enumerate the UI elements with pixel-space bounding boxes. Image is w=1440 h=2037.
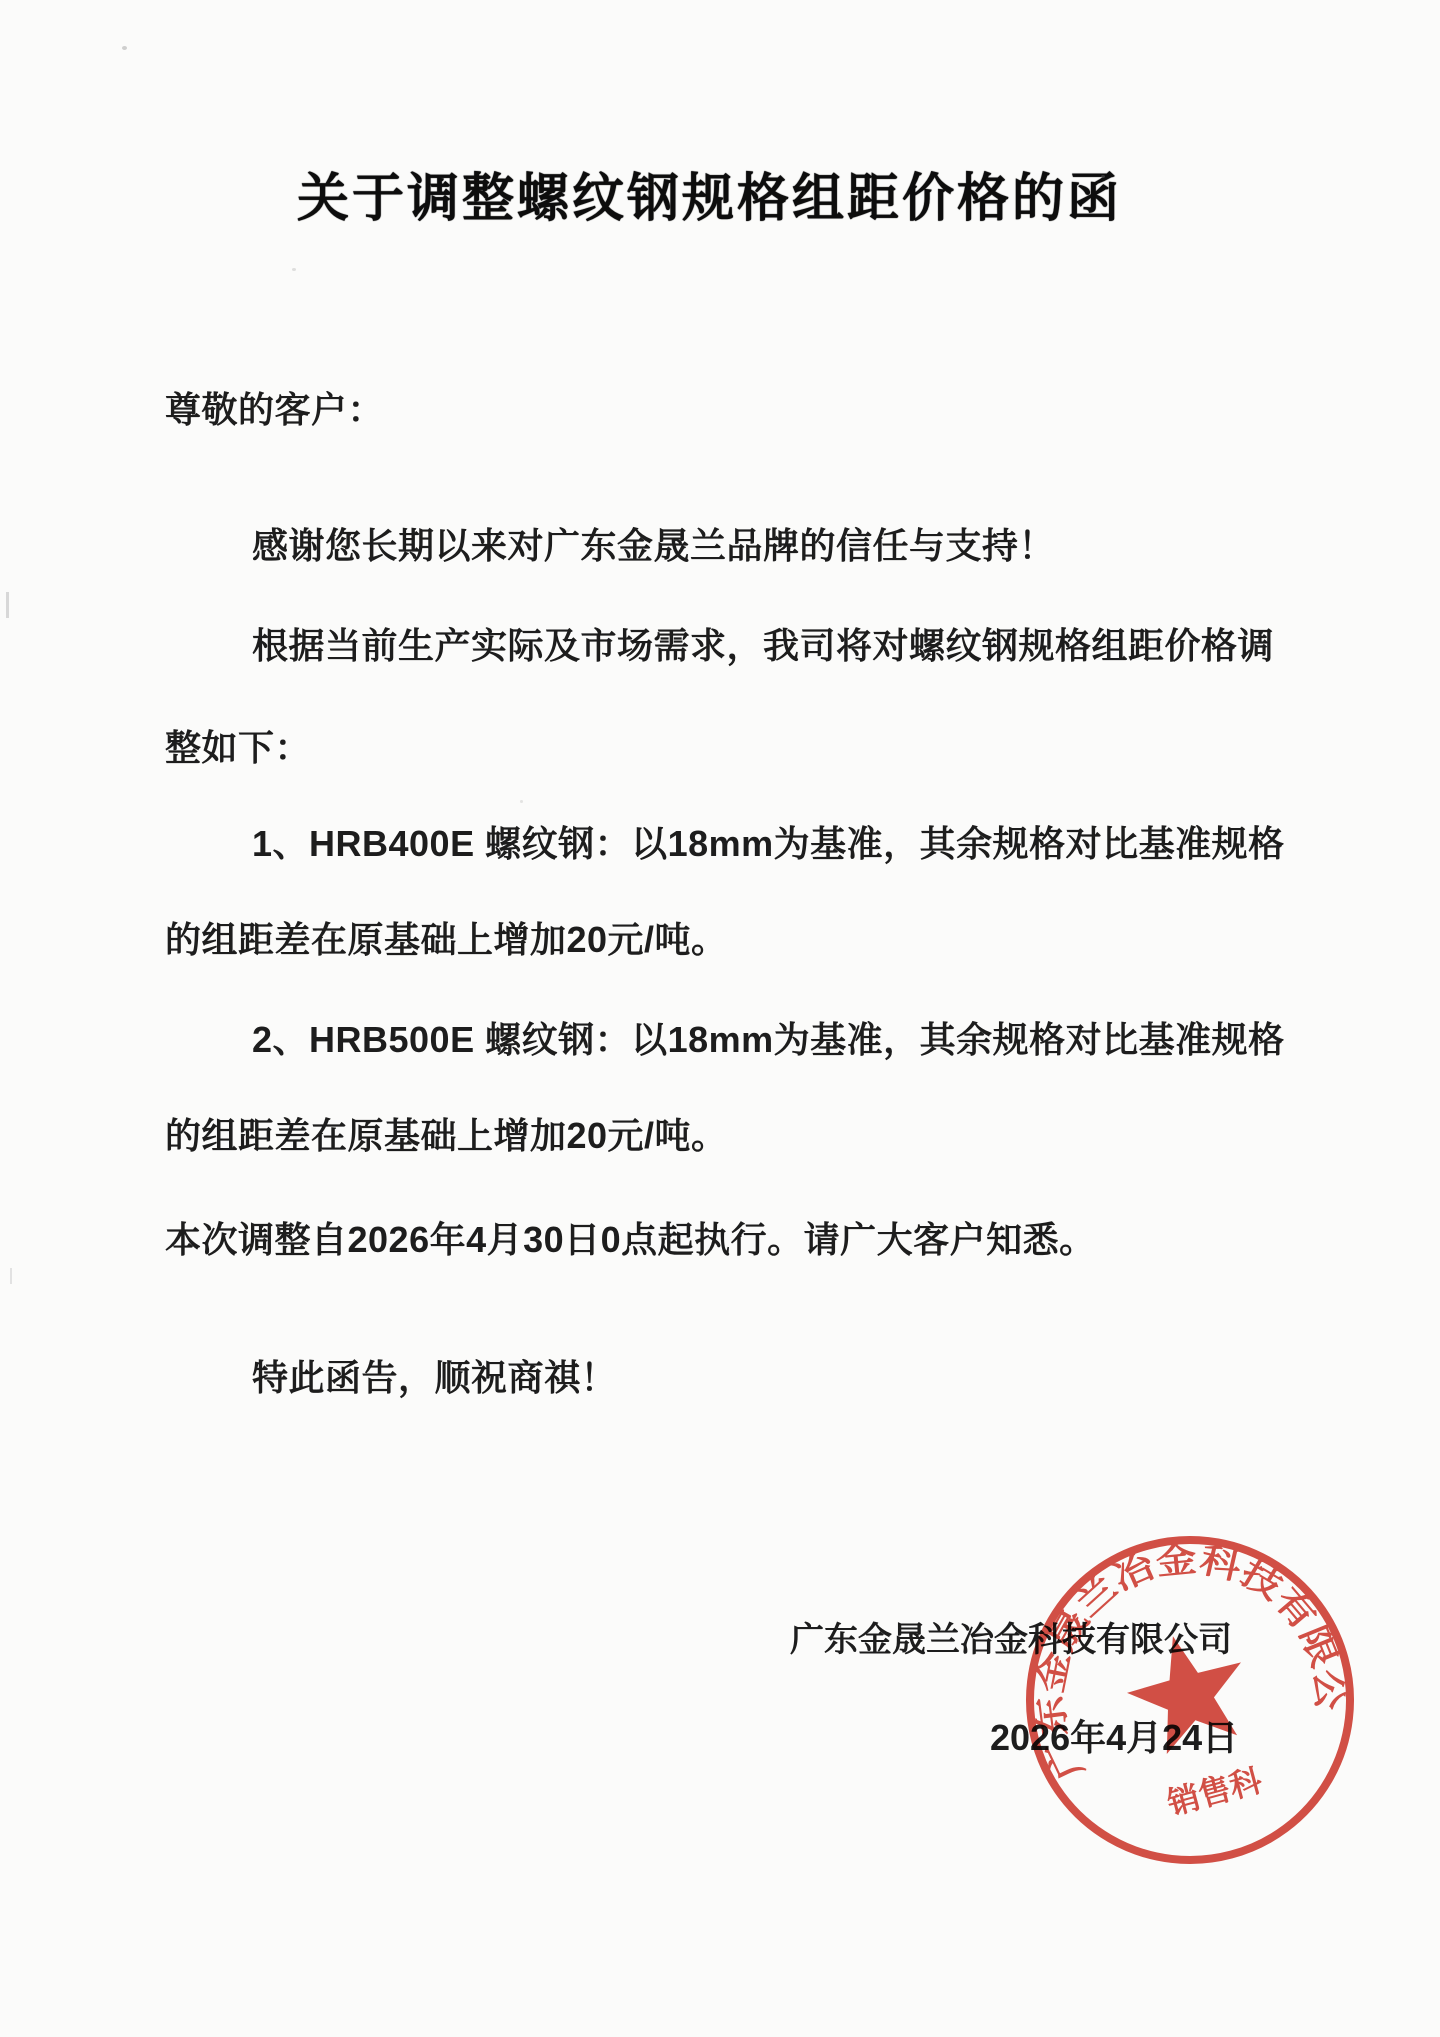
paragraph-intro-line1: 根据当前生产实际及市场需求，我司将对螺纹钢规格组距价格调	[252, 618, 1274, 669]
item1-line2: 的组距差在原基础上增加20元/吨。	[165, 912, 728, 963]
effective-date-line: 本次调整自2026年4月30日0点起执行。请广大客户知悉。	[165, 1212, 1096, 1263]
closing-line: 特此函告，顺祝商祺！	[252, 1350, 617, 1401]
scan-speck	[292, 268, 296, 271]
scan-edge-mark	[10, 1268, 12, 1284]
seal-star-icon	[1116, 1621, 1259, 1760]
paragraph-intro-line2: 整如下：	[165, 720, 311, 771]
scan-speck	[520, 800, 523, 803]
item1-line1: 1、HRB400E 螺纹钢：以18mm为基准，其余规格对比基准规格	[252, 816, 1285, 867]
item2-line2: 的组距差在原基础上增加20元/吨。	[165, 1108, 728, 1159]
letter-title: 关于调整螺纹钢规格组距价格的函	[297, 156, 1122, 231]
scan-edge-mark	[6, 592, 9, 618]
item2-line1: 2、HRB500E 螺纹钢：以18mm为基准，其余规格对比基准规格	[252, 1012, 1285, 1063]
seal-center-text: 销售科	[1164, 1762, 1266, 1822]
scan-speck	[1101, 175, 1105, 178]
salutation: 尊敬的客户：	[165, 382, 384, 433]
paragraph-thanks: 感谢您长期以来对广东金晟兰品牌的信任与支持！	[252, 518, 1055, 569]
scanned-letter-page: 关于调整螺纹钢规格组距价格的函 尊敬的客户： 感谢您长期以来对广东金晟兰品牌的信…	[0, 0, 1440, 2037]
scan-speck	[122, 46, 127, 50]
company-seal-stamp: 广东金晟兰冶金科技有限公司 销售科	[1018, 1528, 1362, 1872]
